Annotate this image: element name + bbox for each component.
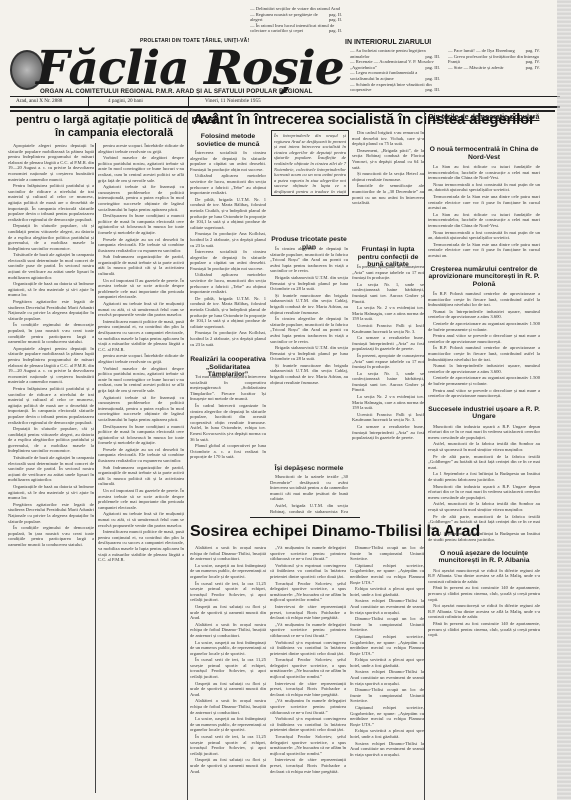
paragraph: Planul global al cooperativei pe luna Oc…: [190, 443, 266, 460]
right-column-articles: O nouă termocentrală în China de Nord-Ve…: [428, 140, 540, 795]
paragraph: Tot mai intens se desfășoară întrecerea …: [190, 374, 266, 402]
paragraph: Dinamo-Tbilisi ocupă un loc de frunte în…: [350, 616, 424, 633]
paragraph: Agitatorii trebuie să fie înarmați cu cu…: [98, 395, 184, 423]
paragraph: Deputații în sfaturile populare, cât și …: [8, 426, 94, 454]
paragraph: „Vă mulțumim în numele delegației sporti…: [270, 545, 346, 562]
paragraph: La secția Nr. 1, unde se confecționează …: [352, 371, 424, 393]
left-article-col-2: pentru aceste scopuri. Întrebările ridic…: [98, 143, 184, 793]
paragraph: Apropiatele alegeri pentru deputații în …: [8, 346, 94, 385]
sub-heading-soviet-methods: Folosind metode sovietice de muncă: [190, 133, 266, 148]
paragraph: Dinamo-Tbilisi ocupă un loc de frunte în…: [350, 687, 424, 704]
paragraph: Sosirea echipei Dinamo-Tbilisi la Arad c…: [350, 598, 424, 615]
sport-col-3: Dinamo-Tbilisi ocupă un loc de frunte în…: [350, 545, 424, 795]
pages-price: 4 pagini, 20 bani: [108, 98, 143, 104]
paragraph: Sosirea echipei Dinamo-Tbilisi la Arad c…: [350, 669, 424, 686]
paragraph: Ucenicii Francisc Palli și Iosif Kaufman…: [352, 323, 424, 334]
contents-col-2: — Au încheiat contracte pentru îngrijire…: [350, 48, 440, 93]
issue-info-bar: Arad, anul X Nr. 2888 4 pagini, 20 bani …: [10, 96, 560, 108]
paragraph: Agitatorii nu trebuie însă să fie mulțum…: [98, 301, 184, 318]
paragraph: Căpitanul echipei sovietice, Gogoberidze…: [350, 705, 424, 727]
paragraph: La secția Nr. 2 s-a evidențiat tov. Mari…: [352, 394, 424, 411]
paragraph: La sosire, oaspeții au fost întâmpinați …: [190, 640, 266, 657]
contents-item: — Recenzie — Academicianul V. P. Mosolov…: [350, 59, 440, 70]
paragraph: Vorbitorul și-a exprimat convingerea că …: [270, 640, 346, 657]
paragraph: Căpitanul echipei sovietice, Gogoberidze…: [350, 634, 424, 656]
sub-heading-norms: Își depășesc normele: [270, 465, 348, 473]
paragraph: Ucenicii Francisc Palli și Iosif Kaufman…: [352, 412, 424, 423]
paragraph: Pregătirea agitatorilor este legată de s…: [8, 299, 94, 321]
knitwear-text: În cinstea alegerilor de deputați în sfa…: [270, 246, 348, 461]
right-article-text: La Sian au fost ridicate cu tuturi funda…: [428, 164, 540, 260]
masthead-subtitle: ORGAN AL COMITETULUI REGIONAL P.M.R. ARA…: [40, 88, 312, 95]
confections-text: În prezent, apropiate de cunoașterea „Ar…: [352, 264, 424, 512]
paragraph: În condițiile regimului de democrație po…: [8, 525, 94, 547]
paragraph: În prezent, apropiate de cunoașterea „Ar…: [352, 264, 424, 281]
right-article-title: Creșterea numărului centrelor de aproviz…: [428, 266, 540, 289]
paragraph: Intervievat de către reprezentanții pres…: [270, 604, 346, 621]
newspaper-title: Făclia Roșie: [36, 44, 344, 94]
page-edge: [557, 0, 571, 800]
paragraph: Presele de agitație au un rol deosebit î…: [98, 237, 184, 254]
paragraph: Oaspeții au fost salutați cu flori și ur…: [190, 757, 266, 774]
paragraph: De pildă, brigada U.T.M. Nr. 1 condusă d…: [190, 197, 266, 231]
paragraph: În condițiile regimului de democrație po…: [8, 322, 94, 344]
contents-item: — Au încheiat contracte pentru îngrijire…: [350, 48, 440, 59]
paragraph: Vorbind maselor de alegători despre poli…: [98, 366, 184, 394]
paragraph: În cursul serii de ieri, la ora 11,25 so…: [190, 734, 266, 756]
right-column-heading: Din țările de democrație populară: [428, 113, 540, 122]
paragraph: Echipa sovietică a plecat apoi spre hote…: [350, 728, 424, 739]
soviet-methods-text: Întrecerea socialistă în cinstea alegeri…: [190, 150, 266, 350]
left-article-col-1: Apropiatele alegeri pentru deputații în …: [8, 143, 94, 793]
contents-item: — Sirte — Măscărie și adevăr pag. IV.: [448, 65, 540, 71]
paragraph: Tovarășul Feodor Soloviev, șeful delegaț…: [270, 657, 346, 679]
paragraph: Întrecerea socialistă în cinstea alegeri…: [190, 249, 266, 271]
column-rule: [187, 112, 188, 800]
sport-col-1: Alaltăieri a sosit în orașul nostru echi…: [190, 545, 266, 795]
column-rule: [424, 112, 425, 800]
paragraph: Căpitanul echipei sovietice, Gogoberidze…: [350, 563, 424, 585]
paragraph: Intensificarea muncii politice de masă, …: [98, 529, 184, 563]
paragraph: pentru aceste scopuri. Întrebările ridic…: [98, 353, 184, 364]
left-headline-2: în campania electorală: [55, 127, 173, 139]
paragraph: În cadrul întrecerii organizate în cinst…: [190, 403, 266, 442]
paragraph: La secția Nr. 2 s-a evidențiat tov. Mari…: [352, 305, 424, 322]
paragraph: Desfășurarea în bune condițiuni a muncii…: [98, 424, 184, 446]
paragraph: Echipa sovietică a plecat apoi spre hote…: [350, 586, 424, 597]
paragraph: Trăsăturile de bază ale agitației în cam…: [8, 455, 94, 483]
paragraph: Brigada stahanovistă U.T.M. din secția R…: [270, 275, 348, 292]
paragraph: Întrecerea socialistă în cinstea alegeri…: [190, 150, 266, 172]
norms-text: Muncitorii de la uzinele textile „30 Dec…: [270, 474, 348, 514]
paragraph: Tovarășul Feodor Soloviev, șeful delegaț…: [270, 734, 346, 756]
paragraph: Și fruntele muncitoare din brigada staha…: [270, 363, 348, 385]
right-article-title: O nouă așezare de locuințe muncitorești …: [428, 550, 540, 565]
intro-box: În întreprinderile din orașul și regiune…: [271, 130, 349, 196]
paragraph: „Vă mulțumim în numele delegației sporti…: [270, 698, 346, 715]
paragraph: În cinstea alegerilor de deputați în sfa…: [270, 316, 348, 344]
paragraph: Sosirea echipei Dinamo-Tbilisi la Arad c…: [350, 741, 424, 758]
paragraph: Trăsăturile de bază ale agitației în cam…: [8, 252, 94, 280]
paragraph: Intervievat de către reprezentanții pres…: [270, 681, 346, 698]
paragraph: Desfășurarea în bune condițiuni a muncii…: [98, 213, 184, 235]
center-col3-text: Din cadrul brigăzii s-au remarcat în mod…: [352, 130, 424, 206]
paragraph: Intervievat de către reprezentanții pres…: [270, 757, 346, 774]
paragraph: „Vă mulțumim în numele delegației sporti…: [270, 622, 346, 639]
paragraph: Și fruntele muncitoare din brigada staha…: [270, 293, 348, 315]
right-article-text: În R.P. Polonă numărul centrelor de apro…: [428, 291, 540, 400]
paragraph: Presele de agitație au un rol deosebit î…: [98, 447, 184, 464]
left-headline-1: pentru o largă agitație politică de masă: [16, 114, 220, 126]
cooperative-text: Tot mai intens se desfășoară întrecerea …: [190, 374, 266, 514]
contents-heading: IN INTERIORUL ZIARULUI: [345, 39, 431, 46]
paragraph: Fruntașa în producție Ana Kollchat, lucr…: [190, 231, 266, 248]
issue-number: Arad, anul X Nr. 2888: [16, 98, 62, 104]
paragraph: pentru aceste scopuri. Întrebările ridic…: [98, 143, 184, 154]
paragraph: Vorbind maselor de alegători despre poli…: [98, 155, 184, 183]
paragraph: Un rol important îl au gazetele de peret…: [98, 488, 184, 510]
contents-item: — În raionul Ineu lucrul intensificat ri…: [250, 23, 342, 34]
paragraph: Intensificarea muncii politice de masă, …: [98, 319, 184, 353]
paragraph: Un rol important îl au gazetele de peret…: [98, 278, 184, 300]
paragraph: Pentru înfăptuirea politicii partidului …: [8, 183, 94, 222]
paragraph: Oaspeții au fost salutați cu flori și ur…: [190, 604, 266, 621]
sport-col-2: „Vă mulțumim în numele delegației sporti…: [270, 545, 346, 795]
contents-item: — Schimb de experiență între vânzătorii …: [350, 82, 440, 93]
right-article-text: Muncitorii din industria ușoară a R.P. U…: [428, 424, 540, 544]
right-article-text: Noi așezări muncitorești se ridică în di…: [428, 568, 540, 639]
paragraph: Alaltăieri a sosit în orașul nostru echi…: [190, 545, 266, 562]
paragraph: Pregătirea agitatorilor este legată de s…: [8, 502, 94, 524]
paragraph: În cinstea alegerilor de deputați în sfa…: [270, 246, 348, 274]
paragraph: Deputații în sfaturile populare, cât și …: [8, 223, 94, 251]
column-rule: [95, 143, 96, 793]
paragraph: Dinamo-Tbilisi ocupă un loc de frunte în…: [350, 545, 424, 562]
paragraph: Vorbitorul și-a exprimat convingerea că …: [270, 716, 346, 733]
paragraph: Alaltăieri a sosit în orașul nostru echi…: [190, 698, 266, 715]
paragraph: Din cadrul brigăzii s-au remarcat în mod…: [352, 130, 424, 147]
paragraph: Ca urmare a rezultatelor bune, fruntașii…: [352, 424, 424, 441]
paragraph: De pildă, brigada U.T.M. Nr. 1 condusă d…: [190, 296, 266, 330]
paragraph: La sosire, oaspeții au fost întâmpinați …: [190, 716, 266, 733]
right-article-title: O nouă termocentrală în China de Nord-Ve…: [428, 146, 540, 161]
paragraph: Sub îndrumarea organizațiilor de partid,…: [98, 254, 184, 276]
paragraph: Fruntașa în producție Ana Kollchat, lucr…: [190, 330, 266, 347]
paragraph: Utilizând aplicarea metodelor sovietice …: [190, 272, 266, 294]
paragraph: Brigada stahanovistă U.T.M. din secția R…: [270, 345, 348, 362]
paragraph: Deasemeni, „Brigada păcii”, de la secția…: [352, 148, 424, 170]
contents-item: — Greva profesorilor și învățătorilor di…: [448, 54, 540, 65]
paragraph: Echipa sovietică a plecat apoi spre hote…: [350, 657, 424, 668]
contents-item: — Legea economică fundamentală a sociali…: [350, 70, 440, 81]
paragraph: În prezent, apropiate de cunoașterea „Ar…: [352, 353, 424, 370]
paragraph: Ca urmare a rezultatelor bune, fruntașii…: [352, 335, 424, 352]
paragraph: Înnoirile de semnificație ale muncitoril…: [352, 183, 424, 205]
sport-rule: [250, 517, 360, 518]
contents-col-3: — Pace lumii! — de Ilya Ehrenburg pag. I…: [448, 48, 540, 70]
paragraph: Tovarășul Feodor Soloviev, șeful delegaț…: [270, 581, 346, 603]
paragraph: Organizațiile de bază au datoria să îndr…: [8, 484, 94, 501]
paragraph: Agitatorii trebuie să fie înarmați cu cu…: [98, 184, 184, 212]
paragraph: Organizațiile de bază au datoria să îndr…: [8, 281, 94, 298]
paragraph: La sosire, oaspeții au fost întâmpinați …: [190, 563, 266, 580]
issue-date: Vineri, 11 Noiembrie 1955: [205, 98, 261, 104]
paragraph: Sub îndrumarea organizațiilor de partid,…: [98, 465, 184, 487]
right-article-title: Succesele industriei ușoare a R. P. Unga…: [428, 406, 540, 421]
paragraph: Și muncitorii de la secția Hetecl au obț…: [352, 171, 424, 182]
paragraph: Vorbitorul și-a exprimat convingerea că …: [270, 563, 346, 580]
paragraph: În cursul serii de ieri, la ora 11,25 so…: [190, 657, 266, 679]
paragraph: Astfel, brigada U.T.M. din secția Bobina…: [270, 503, 348, 514]
paragraph: Alaltăieri a sosit în orașul nostru echi…: [190, 622, 266, 639]
paragraph: Apropiatele alegeri pentru deputații în …: [8, 143, 94, 182]
paragraph: Pentru înfăptuirea politicii partidului …: [8, 386, 94, 425]
paragraph: Muncitorii de la uzinele textile „30 Dec…: [270, 474, 348, 502]
paragraph: Oaspeții au fost salutați cu flori și ur…: [190, 681, 266, 698]
paragraph: Utilizând aplicarea metodelor sovietice …: [190, 173, 266, 195]
paragraph: Agitatorii nu trebuie însă să fie mulțum…: [98, 511, 184, 528]
contents-col-1: — Delimitări secțiilor de votare din rai…: [250, 6, 342, 34]
paragraph: În cursul serii de ieri, la ora 11,25 so…: [190, 581, 266, 603]
paragraph: La secția Nr. 1, unde se confecționează …: [352, 282, 424, 304]
